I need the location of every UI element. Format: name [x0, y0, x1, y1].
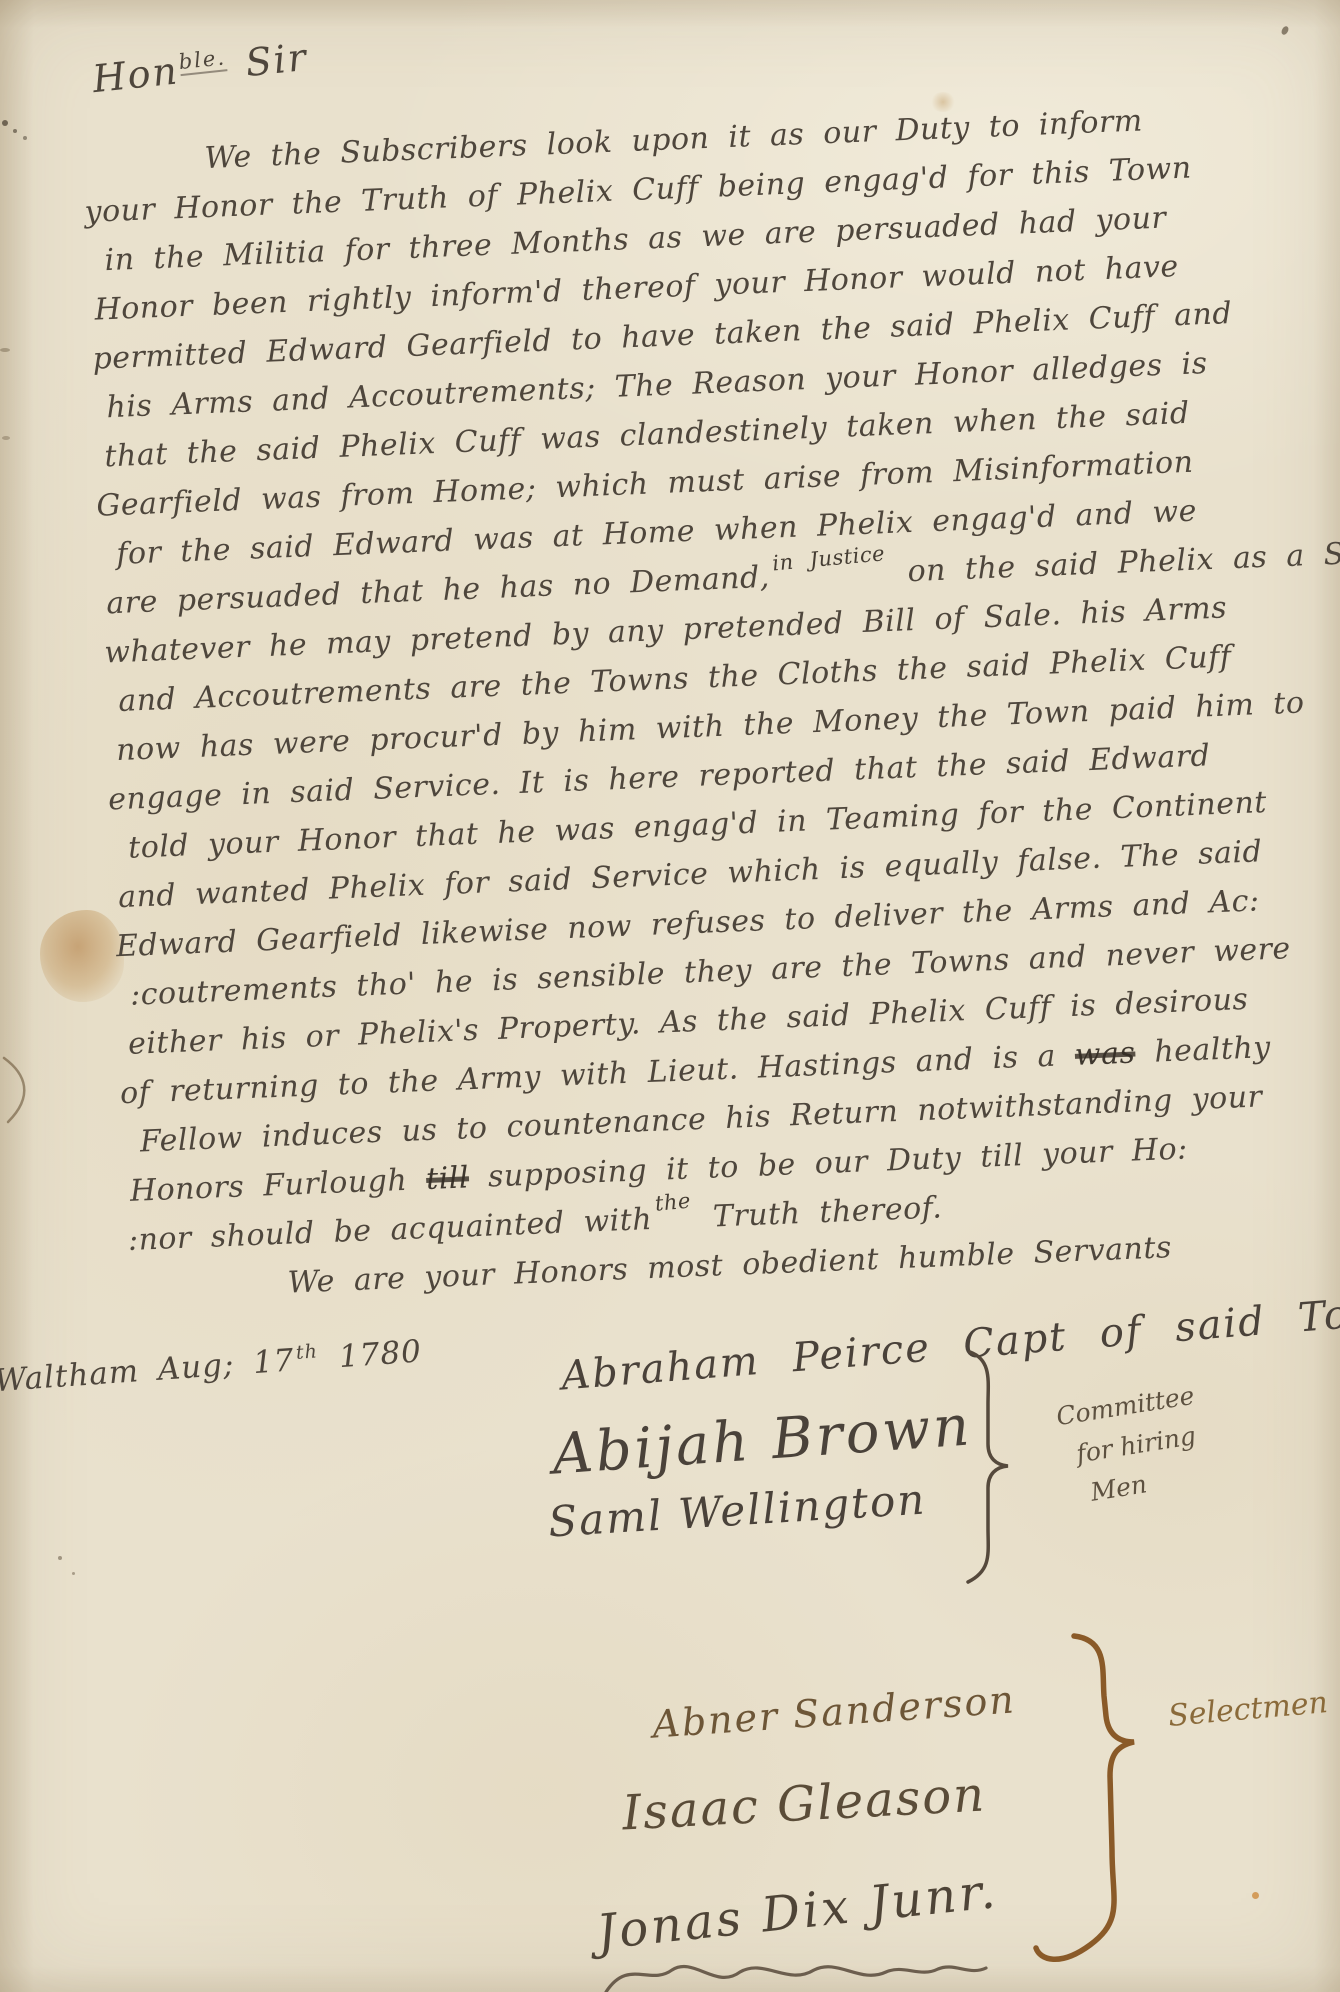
salutation: Honble. Sir	[90, 35, 310, 101]
signature-saml-wellington: Saml Wellington	[547, 1474, 928, 1546]
edge-mark	[2, 436, 10, 440]
signature-abraham-peirce: Abraham Peirce Capt of said Town	[560, 1287, 1340, 1400]
signature-abner-sanderson: Abner Sanderson	[651, 1677, 1017, 1746]
letter-insert: the	[653, 1189, 691, 1216]
ink-speck	[72, 1572, 75, 1575]
selectmen-label: Selectmen	[1167, 1685, 1329, 1734]
dateline-pre: Waltham Aug; 17	[0, 1342, 296, 1399]
fox-spot	[930, 92, 956, 112]
edge-tear-mark	[0, 1056, 40, 1128]
dateline: Waltham Aug; 17th 1780	[0, 1333, 423, 1399]
ink-speck	[13, 129, 17, 133]
committee-brace	[962, 1348, 1032, 1588]
salutation-superscript: ble.	[178, 46, 228, 77]
ink-speck	[2, 120, 8, 126]
dateline-post: 1780	[319, 1333, 423, 1376]
ink-speck	[58, 1556, 62, 1560]
letter-text: healthy	[1135, 1030, 1272, 1070]
ink-speck	[23, 136, 27, 140]
salutation-post: Sir	[229, 35, 310, 87]
partial-signature-cutoff	[598, 1956, 1028, 1992]
signature-jonas-dix: Jonas Dix Junr.	[594, 1863, 1000, 1961]
manuscript-page: Honble. Sir We the Subscribers look upon…	[0, 0, 1340, 1992]
dateline-superscript: th	[295, 1340, 318, 1363]
committee-label: Committee for hiring Men	[1053, 1376, 1209, 1516]
selectmen-brace	[1030, 1630, 1170, 1980]
ink-speck	[1252, 1892, 1259, 1899]
signature-abijah-brown: Abijah Brown	[550, 1393, 974, 1487]
letter-strike: till	[425, 1160, 469, 1197]
letter-body: We the Subscribers look upon it as our D…	[82, 95, 1340, 1321]
ink-speck	[1280, 25, 1290, 36]
signature-isaac-gleason: Isaac Gleason	[621, 1767, 988, 1842]
salutation-pre: Hon	[90, 48, 181, 101]
stain	[40, 910, 124, 1002]
letter-strike: was	[1074, 1035, 1136, 1072]
edge-mark	[0, 348, 10, 352]
captain-name: Abraham Peirce	[560, 1325, 933, 1400]
